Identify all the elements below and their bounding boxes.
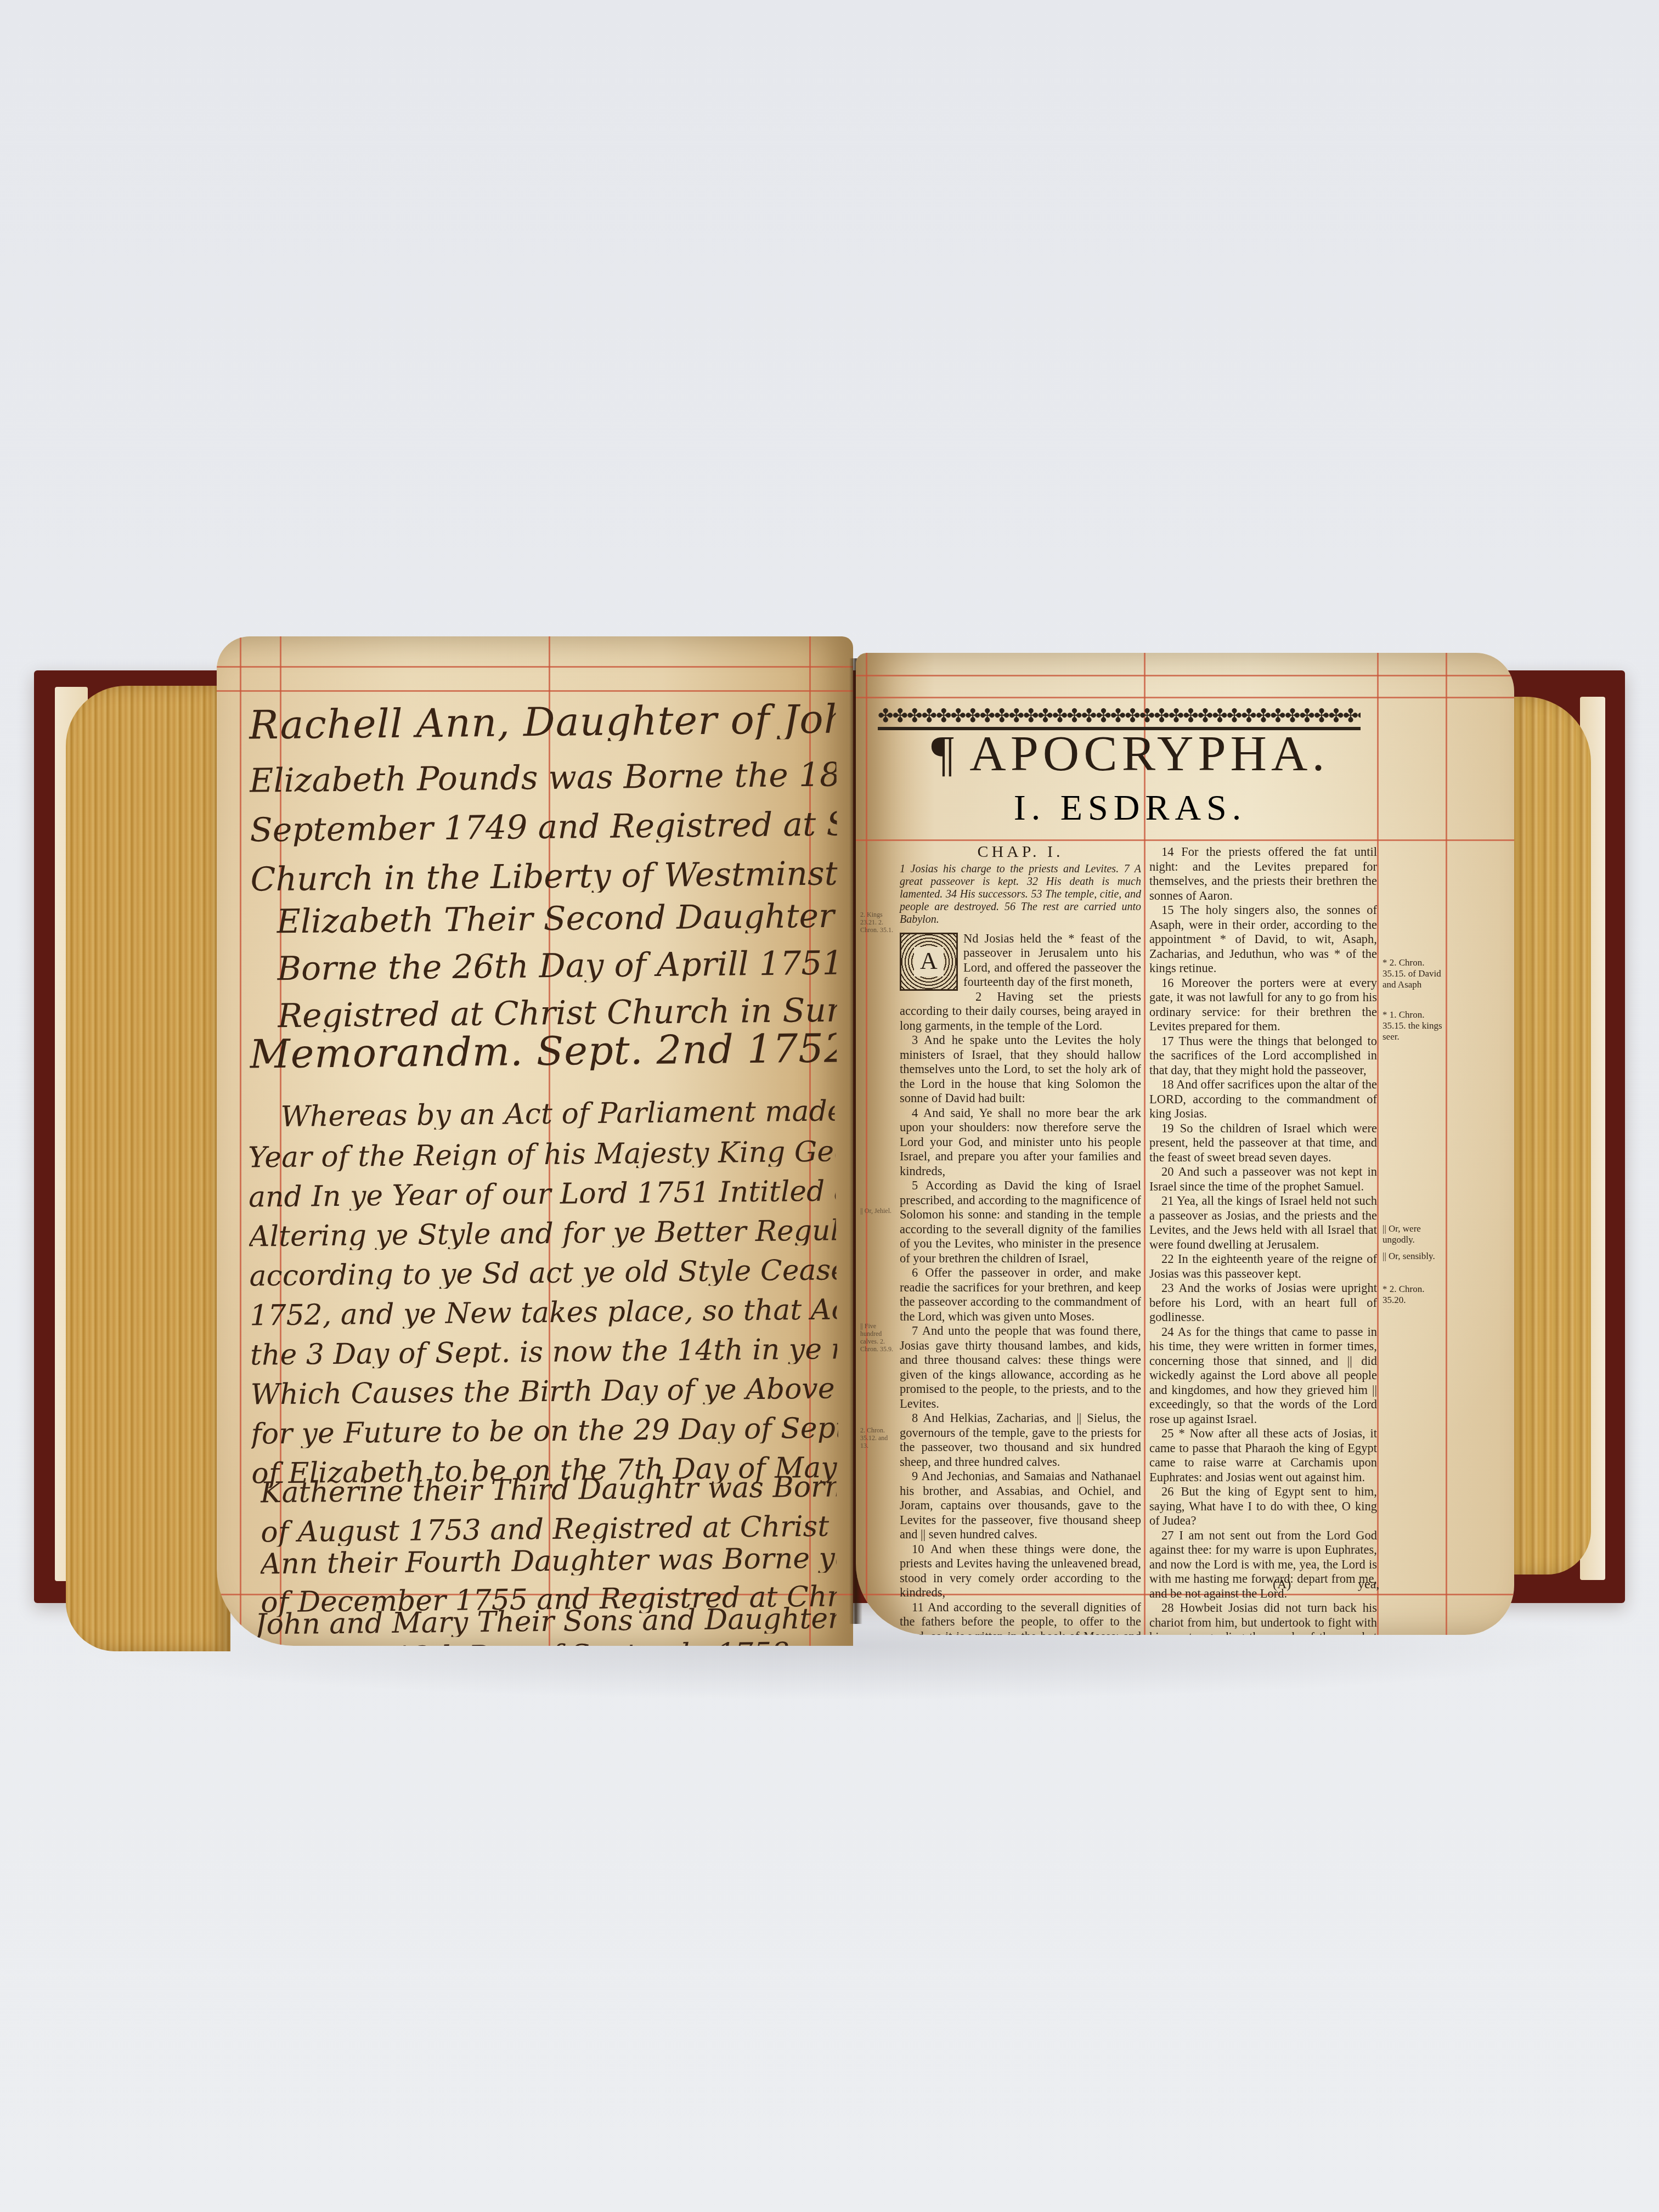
handwritten-line: Altering ye Style and for ye Better Regu…: [249, 1216, 836, 1251]
title-text: APOCRYPHA.: [969, 725, 1329, 781]
margin-note-left: || Five hundred calves. 2. Chron. 35.9.: [860, 1322, 896, 1353]
verse: 4 And said, Ye shall no more bear the ar…: [900, 1106, 1141, 1179]
memorandum-heading: Memorandm. Sept. 2nd 1752: [250, 1028, 837, 1074]
verse: 9 And Jechonias, and Samaias and Nathana…: [900, 1469, 1141, 1542]
handwritten-line: Year of the Reign of his Majesty King Ge…: [248, 1137, 835, 1172]
handwritten-line: Which Causes the Birth Day of ye Above S…: [251, 1374, 838, 1409]
red-rule: [1377, 653, 1379, 1635]
entry-katherine: Katherine their Third Daughtr was Borne …: [260, 1473, 837, 1547]
verse: 5 According as David the king of Israel …: [900, 1178, 1141, 1266]
handwritten-line: for ye Future to be on the 29 Day of Sep…: [251, 1414, 838, 1448]
verse: 8 And Helkias, Zacharias, and || Sielus,…: [900, 1411, 1141, 1469]
book-title: I. ESDRAS.: [889, 787, 1372, 829]
handwritten-line: according to ye Sd act ye old Style Ceas…: [249, 1256, 836, 1290]
handwritten-line: Whereas by an Act of Parliament made in …: [247, 1097, 834, 1131]
pilcrow-icon: ¶: [932, 725, 959, 781]
chapter-summary: 1 Josias his charge to the priests and L…: [900, 863, 1141, 926]
decorated-initial: A: [900, 933, 958, 991]
verse: 7 And unto the people that was found the…: [900, 1324, 1141, 1411]
entry-john-and-mary: John and Mary Their Sons and Daughter Bo…: [255, 1604, 837, 1646]
handwritten-line: Church in the Liberty of Westminster: [250, 857, 838, 896]
calendar-act-memorandum: Whereas by an Act of Parliament made in …: [247, 1097, 838, 1488]
handwritten-line: John and Mary Their Sons and Daughter: [255, 1604, 836, 1639]
verse: 22 In the eighteenth yeare of the reigne…: [1149, 1252, 1377, 1281]
red-rule: [856, 675, 1514, 676]
handwritten-line: and In ye Year of our Lord 1751 Intitled…: [249, 1177, 836, 1211]
photo-scene: Rachell Ann, Daughter of John and Elizab…: [0, 0, 1659, 2212]
section-title: ¶APOCRYPHA.: [889, 724, 1372, 782]
left-page-handwritten-register: Rachell Ann, Daughter of John and Elizab…: [217, 636, 853, 1646]
verse: 15 The holy singers also, the sonnes of …: [1149, 903, 1377, 976]
red-rule: [1446, 653, 1447, 1635]
handwritten-line: Ann their Fourth Daughter was Borne ye 2…: [260, 1544, 836, 1579]
verse: 20 And such a passeover was not kept in …: [1149, 1165, 1377, 1194]
margin-note-left: || Or, Jehiel.: [860, 1207, 896, 1215]
verse: 14 For the priests offered the fat until…: [1149, 845, 1377, 903]
handwritten-line: of August 1753 and Registred at Christ C…: [261, 1513, 837, 1547]
verse: 19 So the children of Israel which were …: [1149, 1121, 1377, 1165]
page-block-right: [1503, 697, 1591, 1575]
right-page-printed-apocrypha: ✤✤✤✤✤✤✤✤✤✤✤✤✤✤✤✤✤✤✤✤✤✤✤✤✤✤✤✤✤✤✤✤✤✤✤✤✤✤ ¶…: [856, 653, 1514, 1635]
verse: 10 And when these things were done, the …: [900, 1542, 1141, 1600]
catchword: yea,: [1358, 1577, 1379, 1592]
handwritten-line: the 3 Day of Sept. is now the 14th in ye…: [250, 1335, 837, 1369]
initial-letter: A: [914, 947, 944, 977]
margin-note-left: 2. Chron. 35.12. and 13.: [860, 1426, 896, 1449]
verse: 25 * Now after all these acts of Josias,…: [1149, 1426, 1377, 1485]
handwritten-line: Borne the 26th Day of Aprill 1751 and: [277, 947, 837, 986]
margin-note-right: * 2. Chron. 35.15. of David and Asaph: [1383, 957, 1443, 990]
verse: 11 And according to the severall digniti…: [900, 1600, 1141, 1635]
chapter-heading: CHAP. I.: [900, 845, 1141, 860]
entry-rachell-ann: Rachell Ann, Daughter of John and Elizab…: [249, 699, 838, 896]
verse: 17 Thus were the things that belonged to…: [1149, 1034, 1377, 1078]
verse: 18 And offer sacrifices upon the altar o…: [1149, 1077, 1377, 1121]
red-rule: [856, 839, 1514, 841]
verse: 23 And the works of Josias were upright …: [1149, 1281, 1377, 1325]
margin-note-right: * 1. Chron. 35.15. the kings seer.: [1383, 1009, 1443, 1042]
handwritten-line: Elizabeth Their Second Daughter was: [276, 900, 837, 939]
page-block-left: [66, 686, 230, 1651]
verse: 3 And he spake unto the Levites the holy…: [900, 1033, 1141, 1106]
margin-note-right: * 2. Chron. 35.20.: [1383, 1284, 1443, 1306]
margin-note-left: 2. Kings 23.21. 2. Chron. 35.1.: [860, 911, 896, 934]
red-rule: [217, 666, 853, 668]
handwritten-line: September 1749 and Registred at St. Jame…: [250, 808, 837, 847]
verse: 28 Howbeit Josias did not turn back his …: [1149, 1601, 1377, 1635]
verse: 24 As for the things that came to passe …: [1149, 1325, 1377, 1427]
verse: 6 Offer the passeover in order, and make…: [900, 1266, 1141, 1324]
handwritten-line: Memorandm. Sept. 2nd 1752: [250, 1028, 837, 1074]
handwritten-line: Elizabeth Pounds was Borne the 18th Day …: [249, 758, 837, 797]
verse: 27 I am not sent out from the Lord God a…: [1149, 1528, 1377, 1601]
margin-note-right: || Or, sensibly.: [1383, 1251, 1443, 1262]
entry-elizabeth: Elizabeth Their Second Daughter was Born…: [276, 900, 837, 1033]
red-rule: [856, 697, 1514, 698]
handwritten-line: Katherine their Third Daughtr was Borne …: [260, 1473, 836, 1508]
text-column-left: CHAP. I. 1 Josias his charge to the prie…: [900, 845, 1141, 1635]
red-rule: [240, 636, 241, 1646]
handwritten-line: Registred at Christ Church in Surrey Sou…: [278, 994, 838, 1033]
text-column-right: 14 For the priests offered the fat until…: [1149, 845, 1377, 1635]
verse: 16 Moreover the porters were at every ga…: [1149, 976, 1377, 1034]
verse: 26 But the king of Egypt sent to him, sa…: [1149, 1485, 1377, 1528]
red-rule: [217, 690, 853, 692]
verse: 21 Yea, all the kings of Israel held not…: [1149, 1194, 1377, 1252]
signature-mark: (A): [1273, 1577, 1291, 1592]
margin-note-right: || Or, were ungodly.: [1383, 1223, 1443, 1245]
handwritten-line: Borne ye 13th Day of Septemb. 1758 and R…: [255, 1638, 837, 1646]
verse: 2 Having set the priests according to th…: [900, 990, 1141, 1034]
handwritten-line: Rachell Ann, Daughter of John and: [249, 699, 836, 744]
red-rule: [866, 653, 867, 1635]
handwritten-line: 1752, and ye New takes place, so that Ac…: [250, 1295, 837, 1330]
